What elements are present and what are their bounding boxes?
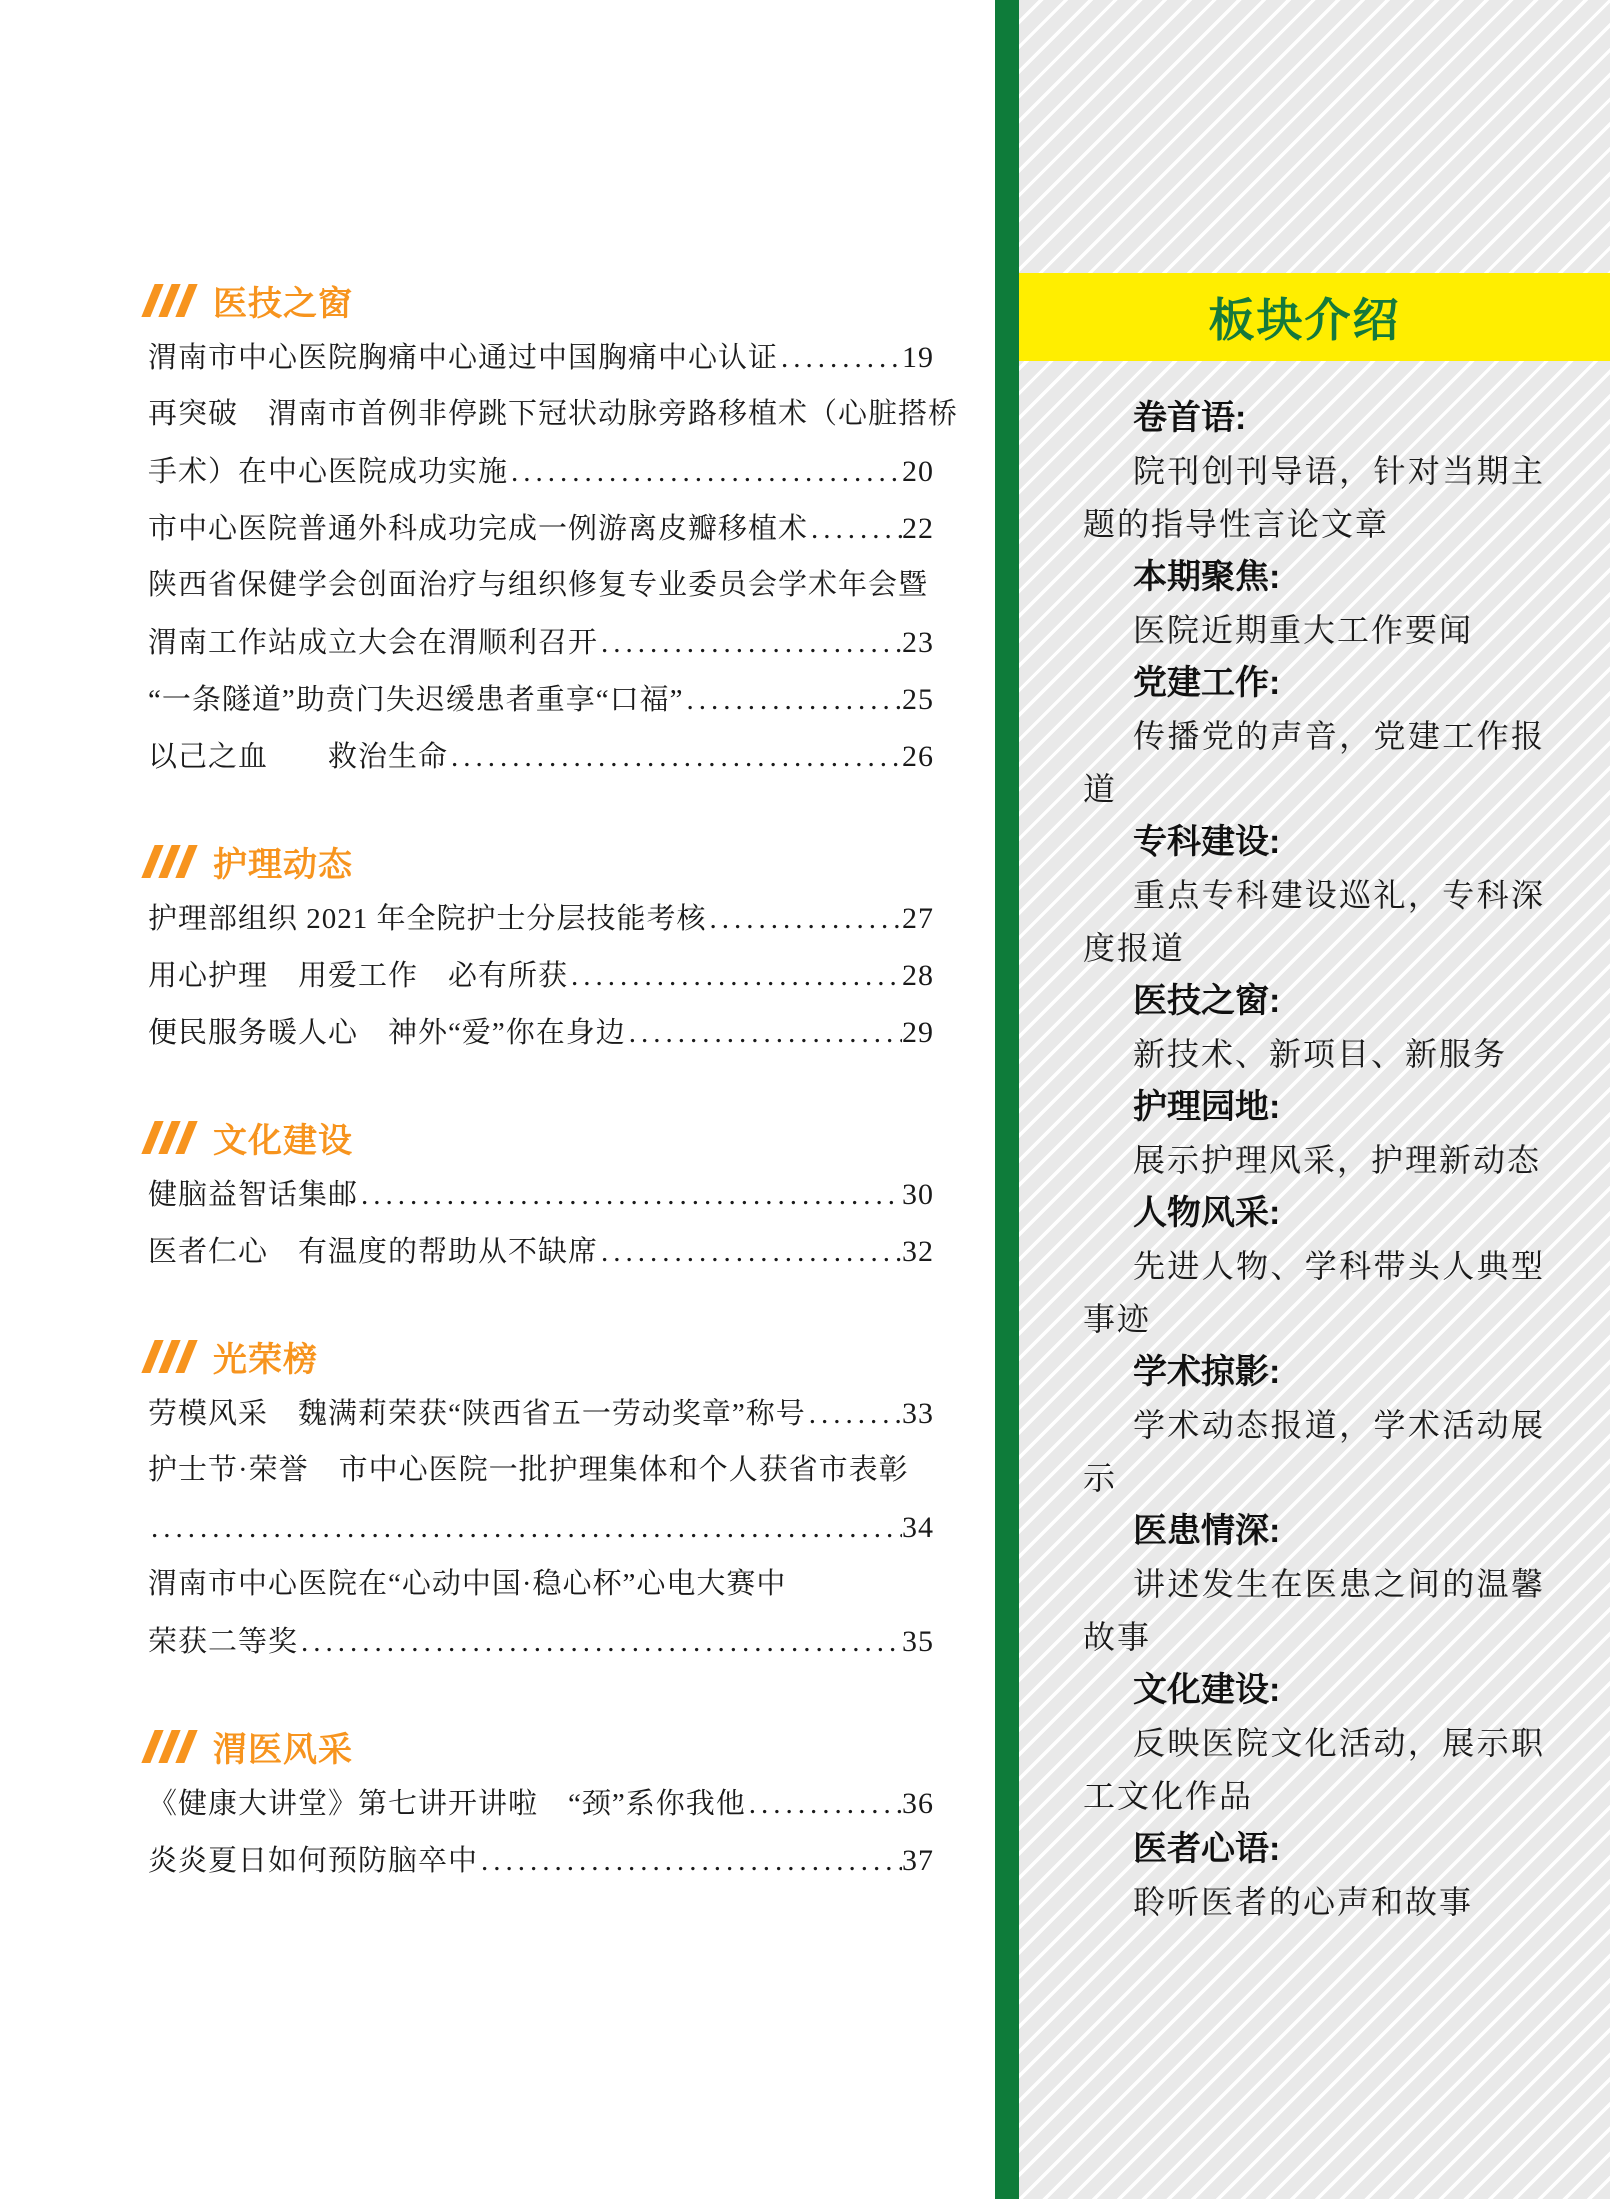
toc-entry-text: 渭南市中心医院胸痛中心通过中国胸痛中心认证 xyxy=(148,330,778,387)
triple-slash-icon xyxy=(148,1121,199,1154)
panel-item-label: 卷首语: xyxy=(1083,392,1545,445)
toc-entry-page: 20 xyxy=(902,443,934,500)
toc-section-header: 文化建设 xyxy=(148,1109,934,1166)
page: { "theme": { "accent_orange": "#f7941e",… xyxy=(0,0,1610,2199)
toc-entry-text: 炎炎夏日如何预防脑卒中 xyxy=(148,1833,478,1890)
toc-entry: 34 xyxy=(148,1499,934,1556)
panel-item-label: 本期聚焦: xyxy=(1083,551,1545,604)
panel-item-label: 医患情深: xyxy=(1083,1505,1545,1558)
toc-entry-page: 29 xyxy=(902,1004,934,1061)
toc-entry: 再突破 渭南市首例非停跳下冠状动脉旁路移植术（心脏搭桥 xyxy=(148,386,934,443)
panel-title-bar: 板块介绍 xyxy=(1019,273,1610,361)
toc-entry: 便民服务暖人心 神外“爱”你在身边 29 xyxy=(148,1004,934,1061)
toc-entry-dots xyxy=(148,1500,902,1557)
toc-section-header: 渭医风采 xyxy=(148,1718,934,1775)
toc-entry-dots xyxy=(598,615,902,672)
triple-slash-icon xyxy=(148,845,199,878)
panel-item: 专科建设: 重点专科建设巡礼，专科深度报道 xyxy=(1083,816,1545,975)
toc-entry: 以己之血 救治生命 26 xyxy=(148,728,934,785)
panel-item-desc: 院刊创刊导语，针对当期主题的指导性言论文章 xyxy=(1083,445,1545,551)
toc-entry: 健脑益智话集邮 30 xyxy=(148,1166,934,1223)
toc-section-title: 文化建设 xyxy=(213,1113,353,1162)
triple-slash-icon xyxy=(148,284,199,317)
toc-entry-dots xyxy=(684,672,903,729)
toc-entry-page: 35 xyxy=(902,1613,934,1670)
toc-entry-dots xyxy=(746,1776,902,1833)
toc-entry-text: “一条隧道”助贲门失迟缓患者重享“口福” xyxy=(148,672,684,729)
panel-item: 医技之窗: 新技术、新项目、新服务 xyxy=(1083,975,1545,1081)
panel-item: 学术掠影: 学术动态报道，学术活动展示 xyxy=(1083,1346,1545,1505)
toc-entry-text: 渭南工作站成立大会在渭顺利召开 xyxy=(148,615,598,672)
panel-item-label: 学术掠影: xyxy=(1083,1346,1545,1399)
toc-entry-dots xyxy=(358,1167,902,1224)
toc-entry-page: 37 xyxy=(902,1832,934,1889)
toc-section-header: 护理动态 xyxy=(148,833,934,890)
toc-entry-text: 再突破 渭南市首例非停跳下冠状动脉旁路移植术（心脏搭桥 xyxy=(148,386,958,443)
panel-item: 文化建设: 反映医院文化活动，展示职工文化作品 xyxy=(1083,1664,1545,1823)
toc-entry: 渭南市中心医院胸痛中心通过中国胸痛中心认证 19 xyxy=(148,329,934,386)
panel-item: 党建工作: 传播党的声音，党建工作报道 xyxy=(1083,657,1545,816)
toc-entry-text: 健脑益智话集邮 xyxy=(148,1167,358,1224)
toc-entry-page: 25 xyxy=(902,671,934,728)
toc-entry-dots xyxy=(778,330,902,387)
panel-item-label: 人物风采: xyxy=(1083,1187,1545,1240)
panel-item-label: 医者心语: xyxy=(1083,1823,1545,1876)
panel-item: 人物风采: 先进人物、学科带头人典型事迹 xyxy=(1083,1187,1545,1346)
panel-item-desc: 讲述发生在医患之间的温馨故事 xyxy=(1083,1558,1545,1664)
toc-section-title: 医技之窗 xyxy=(213,276,353,325)
toc-entry: 护士节·荣誉 市中心医院一批护理集体和个人获省市表彰 xyxy=(148,1442,934,1499)
toc-entry-page: 27 xyxy=(902,890,934,947)
toc-entry-page: 22 xyxy=(902,500,934,557)
panel-item-desc: 新技术、新项目、新服务 xyxy=(1083,1028,1545,1081)
panel-item-desc: 重点专科建设巡礼，专科深度报道 xyxy=(1083,869,1545,975)
toc-section-title: 渭医风采 xyxy=(213,1722,353,1771)
toc-entry-text: 便民服务暖人心 神外“爱”你在身边 xyxy=(148,1005,626,1062)
panel-items: 卷首语: 院刊创刊导语，针对当期主题的指导性言论文章 本期聚焦: 医院近期重大工… xyxy=(1083,392,1545,1929)
panel-item: 卷首语: 院刊创刊导语，针对当期主题的指导性言论文章 xyxy=(1083,392,1545,551)
toc-entry-text: 渭南市中心医院在“心动中国·稳心杯”心电大赛中 xyxy=(148,1556,786,1613)
toc-entry-dots xyxy=(448,729,902,786)
toc-entry-page: 26 xyxy=(902,728,934,785)
toc-entry-text: 医者仁心 有温度的帮助从不缺席 xyxy=(148,1224,598,1281)
section-intro-panel: 板块介绍 卷首语: 院刊创刊导语，针对当期主题的指导性言论文章 本期聚焦: 医院… xyxy=(1019,0,1610,2199)
toc-entry-page: 33 xyxy=(902,1385,934,1442)
toc-entry: 《健康大讲堂》第七讲开讲啦 “颈”系你我他 36 xyxy=(148,1775,934,1832)
toc-entry-dots xyxy=(478,1833,902,1890)
panel-item-desc: 传播党的声音，党建工作报道 xyxy=(1083,710,1545,816)
toc-entry-text: 劳模风采 魏满莉荣获“陕西省五一劳动奖章”称号 xyxy=(148,1386,806,1443)
toc-section-header: 医技之窗 xyxy=(148,272,934,329)
toc-section-title: 光荣榜 xyxy=(213,1332,318,1381)
panel-item-desc: 反映医院文化活动，展示职工文化作品 xyxy=(1083,1717,1545,1823)
triple-slash-icon xyxy=(148,1340,199,1373)
toc-entry-dots xyxy=(508,444,902,501)
toc-entry-page: 36 xyxy=(902,1775,934,1832)
panel-item-label: 专科建设: xyxy=(1083,816,1545,869)
panel-item-desc: 聆听医者的心声和故事 xyxy=(1083,1876,1545,1929)
toc-entry-page: 23 xyxy=(902,614,934,671)
panel-item: 本期聚焦: 医院近期重大工作要闻 xyxy=(1083,551,1545,657)
panel-item-desc: 医院近期重大工作要闻 xyxy=(1083,604,1545,657)
toc-entry: 荣获二等奖 35 xyxy=(148,1613,934,1670)
toc-section-title: 护理动态 xyxy=(213,837,353,886)
panel-item: 医者心语: 聆听医者的心声和故事 xyxy=(1083,1823,1545,1929)
toc: 医技之窗 渭南市中心医院胸痛中心通过中国胸痛中心认证 19 再突破 渭南市首例非… xyxy=(148,272,934,1889)
toc-entry-dots xyxy=(598,1224,902,1281)
panel-title: 板块介绍 xyxy=(1209,284,1401,350)
toc-entry-dots xyxy=(298,1614,902,1671)
toc-entry-text: 护理部组织 2021 年全院护士分层技能考核 xyxy=(148,891,707,948)
panel-item-label: 医技之窗: xyxy=(1083,975,1545,1028)
panel-item: 护理园地: 展示护理风采，护理新动态 xyxy=(1083,1081,1545,1187)
panel-item-label: 护理园地: xyxy=(1083,1081,1545,1134)
toc-entry: 手术）在中心医院成功实施 20 xyxy=(148,443,934,500)
toc-entry-dots xyxy=(568,948,902,1005)
toc-entry-text: 手术）在中心医院成功实施 xyxy=(148,444,508,501)
toc-entry: 炎炎夏日如何预防脑卒中 37 xyxy=(148,1832,934,1889)
toc-section-header: 光荣榜 xyxy=(148,1328,934,1385)
toc-entry: 用心护理 用爱工作 必有所获 28 xyxy=(148,947,934,1004)
toc-entry-dots xyxy=(707,891,902,948)
toc-entry: 市中心医院普通外科成功完成一例游离皮瓣移植术 22 xyxy=(148,500,934,557)
panel-item-desc: 学术动态报道，学术活动展示 xyxy=(1083,1399,1545,1505)
toc-entry: 护理部组织 2021 年全院护士分层技能考核 27 xyxy=(148,890,934,947)
toc-entry-text: 市中心医院普通外科成功完成一例游离皮瓣移植术 xyxy=(148,501,808,558)
panel-item-desc: 展示护理风采，护理新动态 xyxy=(1083,1134,1545,1187)
panel-item-label: 文化建设: xyxy=(1083,1664,1545,1717)
toc-entry-page: 32 xyxy=(902,1223,934,1280)
green-accent-bar xyxy=(995,0,1019,2199)
toc-entry-text: 《健康大讲堂》第七讲开讲啦 “颈”系你我他 xyxy=(148,1776,746,1833)
toc-entry-text: 护士节·荣誉 市中心医院一批护理集体和个人获省市表彰 xyxy=(148,1442,909,1499)
toc-entry-page: 28 xyxy=(902,947,934,1004)
panel-item: 医患情深: 讲述发生在医患之间的温馨故事 xyxy=(1083,1505,1545,1664)
panel-item-desc: 先进人物、学科带头人典型事迹 xyxy=(1083,1240,1545,1346)
toc-entry-text: 荣获二等奖 xyxy=(148,1614,298,1671)
toc-entry: 渭南市中心医院在“心动中国·稳心杯”心电大赛中 xyxy=(148,1556,934,1613)
toc-entry-page: 34 xyxy=(902,1499,934,1556)
toc-entry-text: 以己之血 救治生命 xyxy=(148,729,448,786)
toc-entry-page: 30 xyxy=(902,1166,934,1223)
toc-entry-text: 用心护理 用爱工作 必有所获 xyxy=(148,948,568,1005)
triple-slash-icon xyxy=(148,1730,199,1763)
toc-entry-text: 陕西省保健学会创面治疗与组织修复专业委员会学术年会暨 xyxy=(148,557,928,614)
toc-entry: 劳模风采 魏满莉荣获“陕西省五一劳动奖章”称号 33 xyxy=(148,1385,934,1442)
toc-entry-dots xyxy=(806,1386,902,1443)
toc-entry: “一条隧道”助贲门失迟缓患者重享“口福” 25 xyxy=(148,671,934,728)
toc-entry: 陕西省保健学会创面治疗与组织修复专业委员会学术年会暨 xyxy=(148,557,934,614)
toc-entry-page: 19 xyxy=(902,329,934,386)
panel-item-label: 党建工作: xyxy=(1083,657,1545,710)
toc-entry: 医者仁心 有温度的帮助从不缺席 32 xyxy=(148,1223,934,1280)
toc-entry: 渭南工作站成立大会在渭顺利召开 23 xyxy=(148,614,934,671)
toc-entry-dots xyxy=(808,501,902,558)
toc-entry-dots xyxy=(626,1005,902,1062)
